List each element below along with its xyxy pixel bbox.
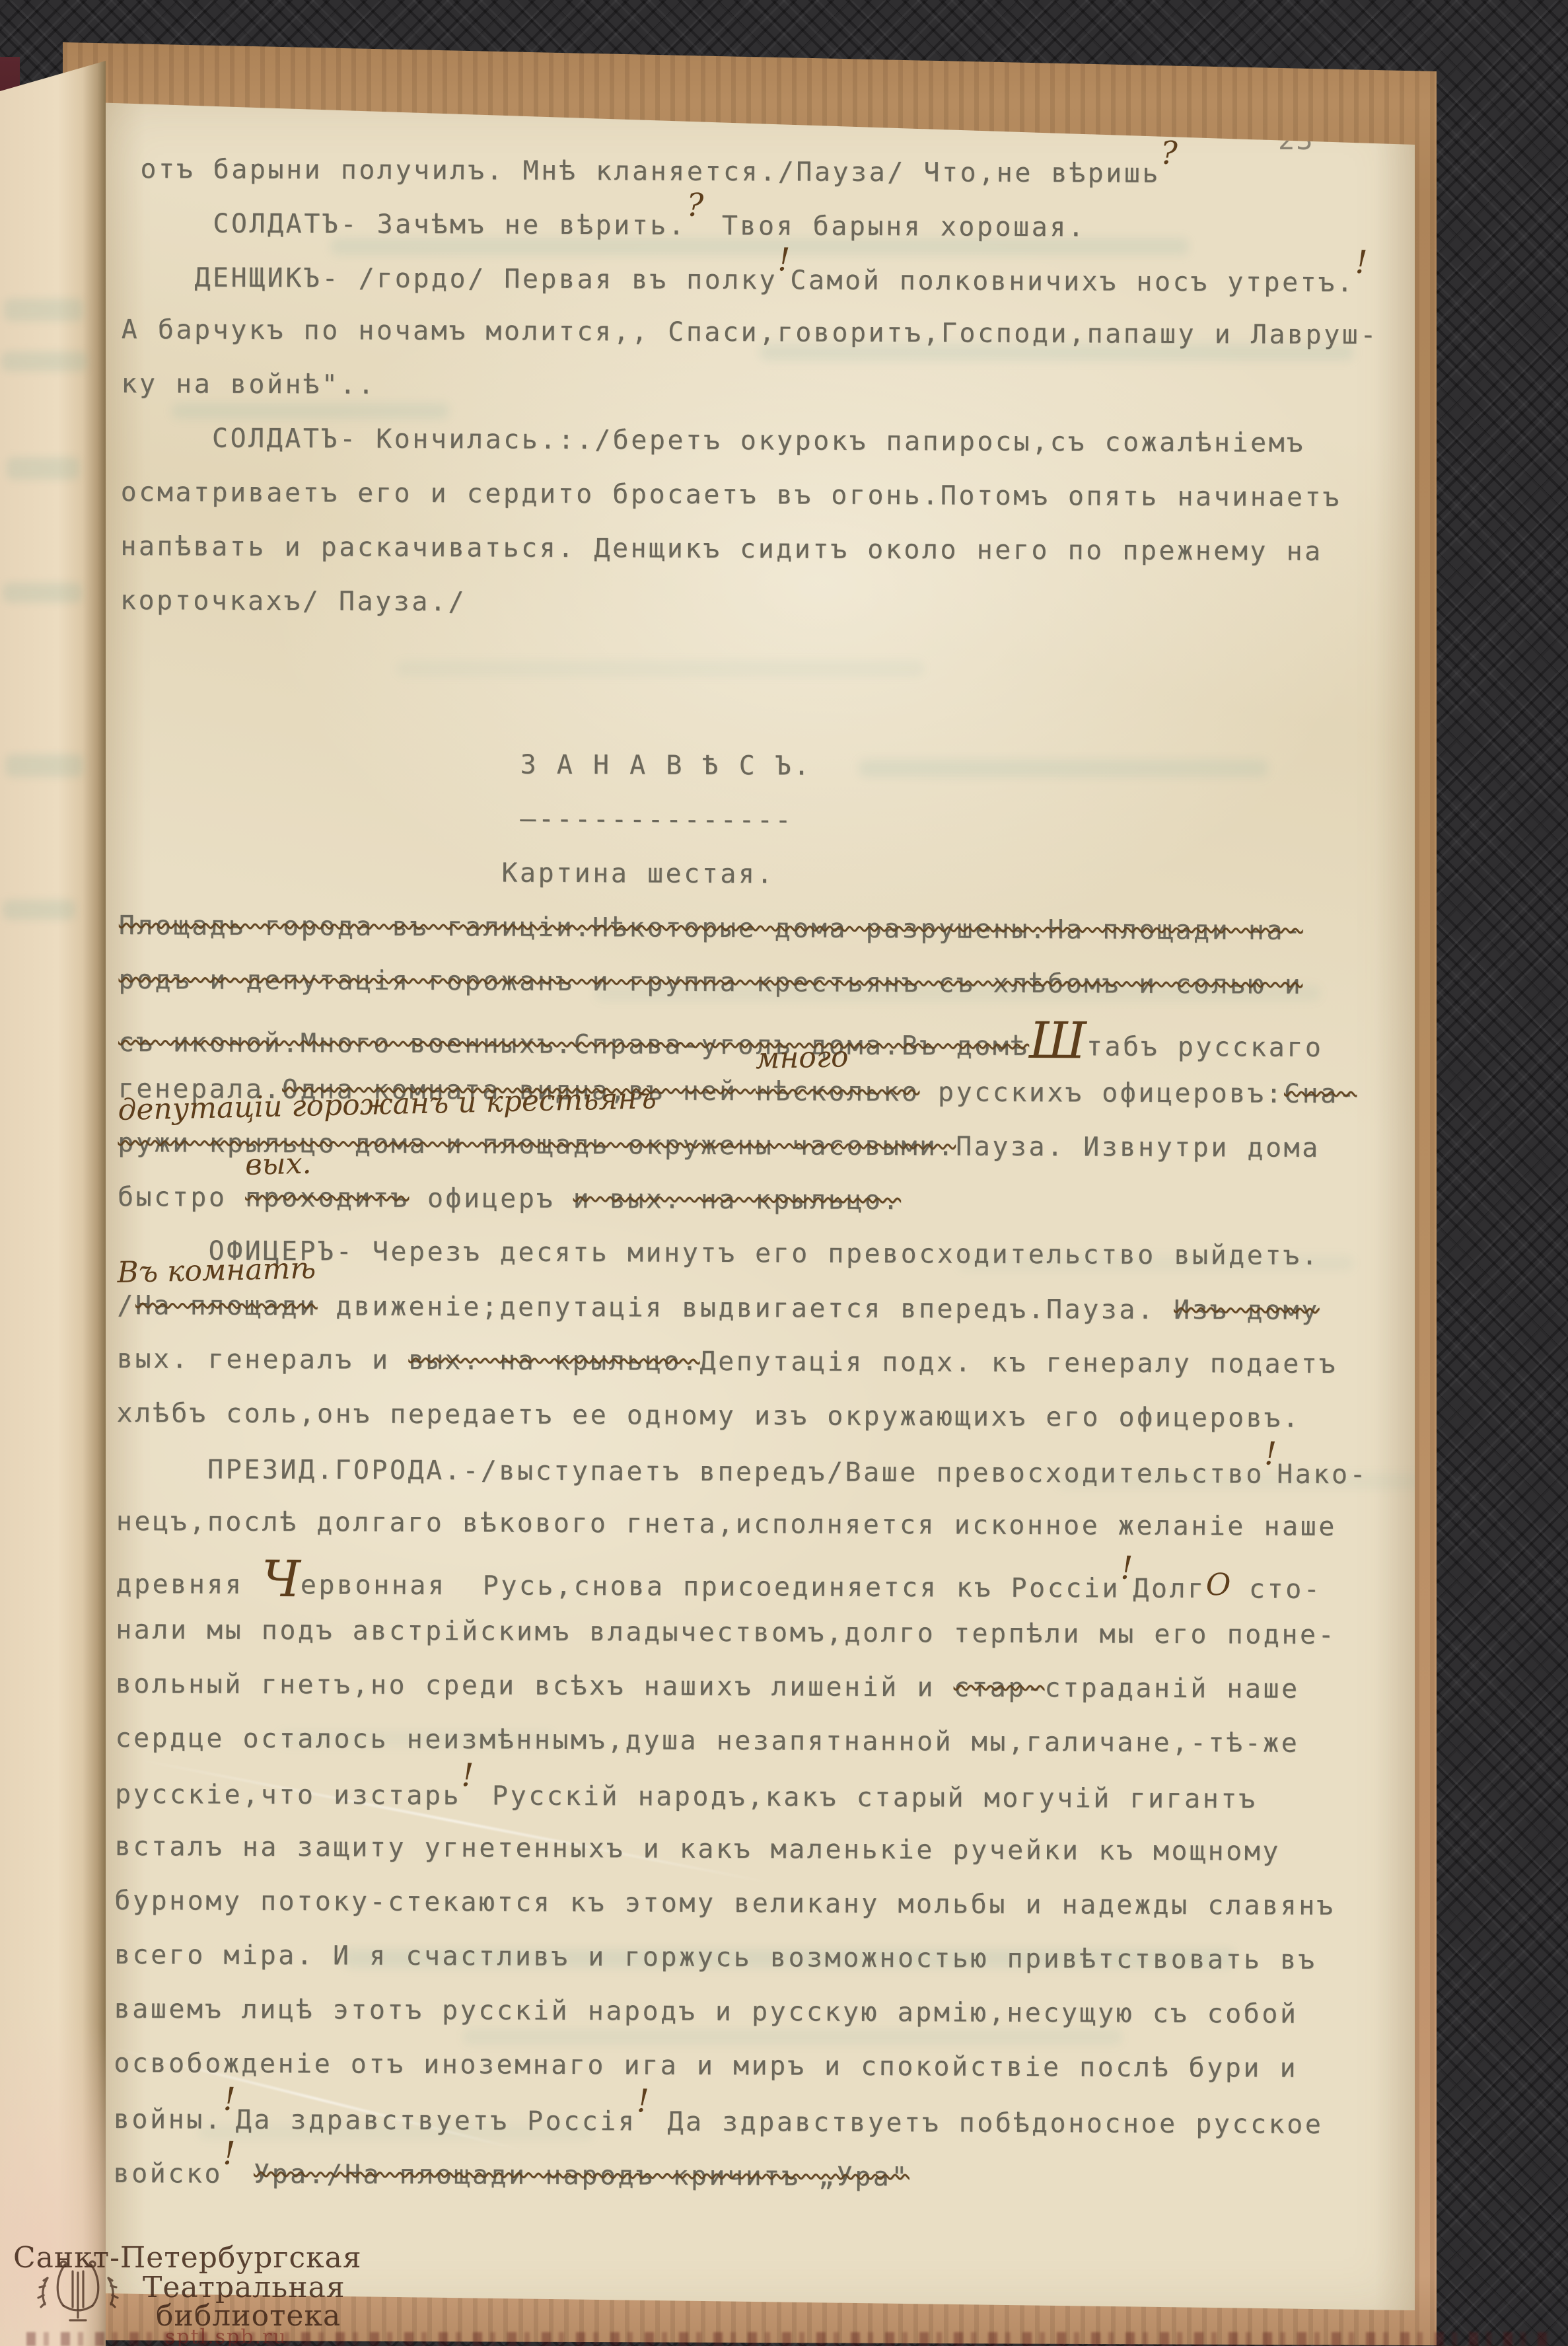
typescript-line: бурному потоку-стекаются къ этому велика… xyxy=(114,1874,1446,1934)
typed-text: Твоя барыня хорошая. xyxy=(703,211,1086,243)
typed-text: Да здравствуетъ побѣдоносное русское xyxy=(649,2107,1324,2140)
typescript-line: вашемъ лицѣ этотъ русскій народъ и русск… xyxy=(114,1982,1446,2042)
typed-text: нецъ,послѣ долгаго вѣкового гнета,исполн… xyxy=(116,1506,1337,1542)
ink-bleed-smudge xyxy=(1,351,87,371)
typescript-line: депутаціи горожанъ и крестьянъружи крыль… xyxy=(118,1115,1450,1175)
typed-text: Пауза. Извнутри дома xyxy=(956,1132,1320,1163)
typescript-line xyxy=(120,682,1452,742)
typed-text: табъ русскаго xyxy=(1087,1031,1324,1063)
typescript-line: корточкахъ/ Пауза./ xyxy=(120,573,1452,634)
typed-text: Долг xyxy=(1133,1574,1206,1604)
typescript-line: войско! Ура./На площади народъ кричитъ „… xyxy=(113,2144,1445,2205)
strikethrough-text: проходитъ xyxy=(245,1183,409,1214)
typed-text: СОЛДАТЪ- Зачѣмъ не вѣрить. xyxy=(122,208,686,241)
typed-text: всталъ на защиту угнетенныхъ и какъ мале… xyxy=(115,1831,1281,1867)
typescript-line: А барчукъ по ночамъ молится,, Спаси,гово… xyxy=(122,303,1454,363)
strikethrough-text: ружи крыльцо дома и площадь окружены час… xyxy=(118,1128,956,1162)
typescript-line: напѣвать и раскачиваться. Денщикъ сидитъ… xyxy=(120,519,1452,579)
typed-text: движеніе;депутація выдвигается впередъ.П… xyxy=(318,1291,1174,1325)
typed-text: сто- xyxy=(1230,1574,1322,1605)
typescript-line: русскіе,что изстарь! Русскій народъ,какъ… xyxy=(115,1765,1447,1825)
typed-text: А барчукъ по ночамъ молится,, Спаси,гово… xyxy=(122,314,1378,350)
typed-text: русскіе,что изстарь xyxy=(115,1779,461,1811)
typescript-line: освобожденіе отъ иноземнаго ига и миръ и… xyxy=(114,2036,1446,2096)
typescript-line: всталъ на защиту угнетенныхъ и какъ мале… xyxy=(115,1819,1447,1880)
typescript-text: отъ барыни получилъ. Мнѣ кланяется./Пауз… xyxy=(113,137,1454,2205)
typescript-line: Картина шестая. xyxy=(119,844,1451,904)
strikethrough-text: стар- xyxy=(953,1673,1044,1704)
typed-text: напѣвать и раскачиваться. Денщикъ сидитъ… xyxy=(120,531,1323,567)
handwritten-mark: ? xyxy=(1160,135,1178,172)
typed-text: Да здравствуетъ Россія xyxy=(236,2105,637,2137)
typed-text: ПРЕЗИД.ГОРОДА.-/выступаетъ впередъ/Ваше … xyxy=(116,1454,1264,1490)
typescript-line: родъ и депутація горожанъ и группа крест… xyxy=(118,953,1450,1013)
handwritten-mark: ! xyxy=(1264,1436,1277,1473)
handwritten-letter: О xyxy=(1206,1566,1231,1602)
typescript-line: Въ комнатѣ/На площади движеніе;депутація… xyxy=(117,1278,1449,1338)
typed-text: корточкахъ/ Пауза./ xyxy=(120,585,466,617)
handwritten-mark: ! xyxy=(777,241,791,278)
typescript-line: осматриваетъ его и сердито бросаетъ въ о… xyxy=(120,465,1452,525)
ink-bleed-smudge xyxy=(3,900,75,920)
typescript-line: ДЕНЩИКЪ- /гордо/ Первая въ полку!Самой п… xyxy=(122,248,1454,309)
typed-text: освобожденіе отъ иноземнаго ига и миръ и… xyxy=(114,2048,1298,2084)
cut-off-stamp-row xyxy=(26,2332,1552,2346)
typed-text: бурному потоку-стекаются къ этому велика… xyxy=(114,1886,1335,1921)
manuscript-scan: 23 отъ барыни получилъ. Мнѣ кланяется./П… xyxy=(0,0,1568,2346)
strikethrough-text: вых. на крыльцо. xyxy=(408,1345,700,1377)
handwritten-mark: ! xyxy=(461,1757,474,1794)
handwritten-mark: ! xyxy=(1355,244,1368,281)
typed-text: офицеръ xyxy=(409,1183,573,1214)
strikethrough-text: съ иконой.Много военныхъ.Справа-уголъ до… xyxy=(118,1027,1029,1062)
strikethrough-text: нѣсколько xyxy=(756,1076,919,1107)
typed-text: Картина шестая. xyxy=(119,856,775,889)
typed-text: СОЛДАТЪ- Кончилась.:./беретъ окурокъ пап… xyxy=(121,423,1305,458)
typed-text: древняя xyxy=(116,1569,262,1600)
strikethrough-text: Изъ дому xyxy=(1174,1295,1320,1326)
typescript-line: нали мы подъ австрійскимъ владычествомъ,… xyxy=(116,1603,1448,1663)
typescript-line: ОФИЦЕРЪ- Черезъ десять минутъ его превос… xyxy=(117,1224,1449,1284)
typed-text: Депутація подх. къ генералу подаетъ xyxy=(699,1346,1337,1379)
typescript-line: вых. генералъ и вых. на крыльцо.Депутаці… xyxy=(117,1332,1449,1392)
handwritten-mark: ! xyxy=(223,2081,236,2118)
typescript-line: Площадь города въ галиціи.Нѣкоторые дома… xyxy=(119,898,1451,959)
handwritten-mark: ! xyxy=(1120,1550,1133,1587)
typed-text: ДЕНЩИКЪ- /гордо/ Первая въ полку xyxy=(122,262,777,295)
typed-text: отъ барыни получилъ. Мнѣ кланяется./Пауз… xyxy=(122,154,1160,189)
typed-text: ку на войнѣ".. xyxy=(121,369,376,400)
strikethrough-text: Ура./На площади народъ кричитъ „Ура" xyxy=(254,2159,909,2192)
typed-text: сердце осталось неизмѣннымъ,душа незапят… xyxy=(115,1723,1299,1759)
strikethrough-text: и вых. на крыльцо. xyxy=(573,1184,901,1216)
typescript-line xyxy=(120,628,1452,688)
ink-bleed-smudge xyxy=(7,457,79,480)
typescript-line: сердце осталось неизмѣннымъ,душа незапят… xyxy=(115,1711,1447,1771)
handwritten-letter: Ш xyxy=(1029,1011,1087,1070)
typescript-line: отъ барыни получилъ. Мнѣ кланяется./Пауз… xyxy=(122,140,1454,200)
typed-text: осматриваетъ его и сердито бросаетъ въ о… xyxy=(121,477,1341,513)
typed-text: / xyxy=(117,1290,135,1321)
strikethrough-text: родъ и депутація горожанъ и группа крест… xyxy=(118,965,1302,1000)
typed-text: З А Н А В Ѣ С Ъ. xyxy=(120,748,812,782)
typed-text: войско xyxy=(113,2158,223,2189)
typescript-line: нецъ,послѣ долгаго вѣкового гнета,исполн… xyxy=(116,1494,1448,1555)
strikethrough-text: Сна- xyxy=(1284,1079,1357,1109)
typed-text: страданій наше xyxy=(1044,1673,1299,1705)
previous-page-edge xyxy=(0,61,106,2346)
typescript-line: вольный гнетъ,но среди всѣхъ нашихъ лише… xyxy=(116,1657,1448,1717)
typescript-line: —-------------- xyxy=(119,790,1451,850)
handwritten-mark: ! xyxy=(637,2082,650,2119)
handwritten-mark: ? xyxy=(686,187,703,224)
typed-text: нали мы подъ австрійскимъ владычествомъ,… xyxy=(116,1615,1336,1650)
typed-text xyxy=(235,2159,254,2189)
handwritten-mark: ! xyxy=(223,2135,236,2172)
typed-text: хлѣбъ соль,онъ передаетъ ее одному изъ о… xyxy=(116,1398,1301,1434)
typed-text: ервонная Русь,снова присоединяется къ Ро… xyxy=(301,1570,1120,1603)
typed-text: Самой полковничихъ носъ утретъ. xyxy=(790,265,1355,298)
handwritten-letter: Ч xyxy=(262,1549,301,1608)
typescript-line: всего міра. И я счастливъ и горжусь возм… xyxy=(114,1928,1446,1988)
ink-bleed-smudge xyxy=(3,583,82,603)
typed-text: всего міра. И я счастливъ и горжусь возм… xyxy=(114,1940,1317,1975)
typed-text: войны. xyxy=(114,2104,223,2135)
typescript-line: ку на войнѣ".. xyxy=(121,357,1453,417)
typescript-line: ПРЕЗИД.ГОРОДА.-/выступаетъ впередъ/Ваше … xyxy=(116,1440,1448,1500)
strikethrough-text: Площадь города въ галиціи.Нѣкоторые дома… xyxy=(119,910,1303,946)
typed-text: русскихъ офицеровъ: xyxy=(919,1077,1284,1109)
typescript-line: древняя Червонная Русь,снова присоединяе… xyxy=(116,1549,1448,1609)
strikethrough-text: На площади xyxy=(135,1290,318,1321)
manuscript-page: 23 отъ барыни получилъ. Мнѣ кланяется./П… xyxy=(92,96,1415,2319)
typed-text: вых. генералъ и xyxy=(117,1344,409,1375)
typescript-line: СОЛДАТЪ- Кончилась.:./беретъ окурокъ пап… xyxy=(121,411,1453,471)
typed-text: вашемъ лицѣ этотъ русскій народъ и русск… xyxy=(114,1994,1299,2030)
typescript-line: быстро вых.проходитъ офицеръ и вых. на к… xyxy=(118,1169,1450,1229)
typed-text: быстро xyxy=(118,1182,245,1213)
typed-text: —-------------- xyxy=(119,802,793,835)
typed-text: вольный гнетъ,но среди всѣхъ нашихъ лише… xyxy=(116,1669,954,1703)
ink-bleed-smudge xyxy=(4,299,83,321)
typescript-line: войны.!Да здравствуетъ Россія! Да здравс… xyxy=(114,2090,1446,2150)
typescript-line: З А Н А В Ѣ С Ъ. xyxy=(120,736,1452,796)
typed-text: Русскій народъ,какъ старый могучій гиган… xyxy=(474,1780,1257,1814)
typescript-line: хлѣбъ соль,онъ передаетъ ее одному изъ о… xyxy=(116,1386,1448,1446)
ink-bleed-smudge xyxy=(5,754,83,777)
typed-text: Нако- xyxy=(1277,1459,1368,1490)
